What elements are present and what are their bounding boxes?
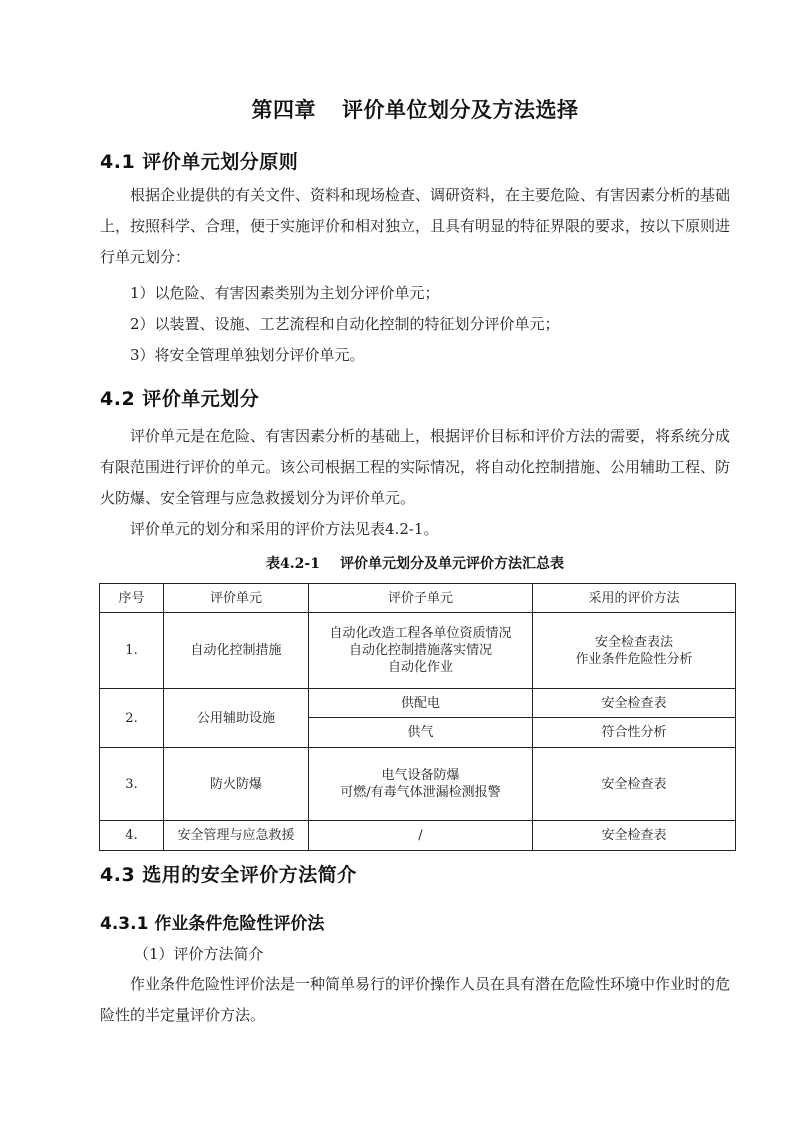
cell-method: 符合性分析 [533,718,736,748]
subsection-4-3-1-paragraph: 作业条件危险性评价法是一种简单易行的评价操作人员在具有潜在危险性环境中作业时的危… [100,969,730,1031]
cell-unit: 公用辅助设施 [164,689,309,748]
principle-item: 2）以装置、设施、工艺流程和自动化控制的特征划分评价单元； [130,314,560,334]
section-4-2-paragraph: 评价单元是在危险、有害因素分析的基础上，根据评价目标和评价方法的需要，将系统分成… [100,421,730,514]
chapter-title: 第四章评价单位划分及方法选择 [0,94,800,124]
section-4-3-heading: 4.3 选用的安全评价方法简介 [100,860,357,887]
chapter-number: 第四章 [252,98,317,122]
cell-no: 4. [100,821,164,851]
principle-item: 3）将安全管理单独划分评价单元。 [130,345,365,365]
table-row: 4. 安全管理与应急救援 / 安全检查表 [100,821,736,851]
table-row: 2. 公用辅助设施 供配电 安全检查表 [100,689,736,718]
table-row: 1. 自动化控制措施 自动化改造工程各单位资质情况 自动化控制措施落实情况 自动… [100,613,736,689]
cell-no: 3. [100,748,164,821]
table-row: 3. 防火防爆 电气设备防爆 可燃/有毒气体泄漏检测报警 安全检查表 [100,748,736,821]
cell-methods: 安全检查表法 作业条件危险性分析 [533,613,736,689]
header-sub-unit: 评价子单元 [309,584,533,613]
cell-sub-units: 自动化改造工程各单位资质情况 自动化控制措施落实情况 自动化作业 [309,613,533,689]
table-caption-title: 评价单元划分及单元评价方法汇总表 [340,556,564,572]
cell-no: 2. [100,689,164,748]
sub-unit: 自动化控制措施落实情况 [309,642,532,659]
header-no: 序号 [100,584,164,613]
section-4-1-heading: 4.1 评价单元划分原则 [100,147,298,174]
cell-sub-unit: 供配电 [309,689,533,718]
principle-item: 1）以危险、有害因素类别为主划分评价单元； [130,283,440,303]
cell-sub-unit: 供气 [309,718,533,748]
table-header-row: 序号 评价单元 评价子单元 采用的评价方法 [100,584,736,613]
sub-unit: 自动化作业 [309,659,532,676]
header-method: 采用的评价方法 [533,584,736,613]
section-4-1-paragraph: 根据企业提供的有关文件、资料和现场检查、调研资料，在主要危险、有害因素分析的基础… [100,180,730,273]
cell-unit: 安全管理与应急救援 [164,821,309,851]
sub-unit: 电气设备防爆 [309,767,532,784]
cell-method: 安全检查表 [533,689,736,718]
cell-sub-units: 电气设备防爆 可燃/有毒气体泄漏检测报警 [309,748,533,821]
method: 作业条件危险性分析 [533,651,735,668]
cell-method: 安全检查表 [533,748,736,821]
cell-unit: 防火防爆 [164,748,309,821]
evaluation-units-table: 序号 评价单元 评价子单元 采用的评价方法 1. 自动化控制措施 自动化改造工程… [99,583,736,851]
cell-no: 1. [100,613,164,689]
cell-sub-unit: / [309,821,533,851]
cell-unit: 自动化控制措施 [164,613,309,689]
section-4-2-heading: 4.2 评价单元划分 [100,384,259,411]
sub-unit: 可燃/有毒气体泄漏检测报警 [309,784,532,801]
cell-method: 安全检查表 [533,821,736,851]
method: 安全检查表法 [533,634,735,651]
method-intro-label: （1）评价方法简介 [134,944,264,964]
section-4-2-table-reference: 评价单元的划分和采用的评价方法见表4.2-1。 [100,514,730,545]
sub-unit: 自动化改造工程各单位资质情况 [309,625,532,642]
chapter-title-text: 评价单位划分及方法选择 [342,98,579,122]
table-caption: 表4.2-1评价单元划分及单元评价方法汇总表 [0,553,800,573]
subsection-4-3-1-heading: 4.3.1 作业条件危险性评价法 [100,909,324,934]
header-unit: 评价单元 [164,584,309,613]
table-caption-number: 表4.2-1 [266,556,320,572]
